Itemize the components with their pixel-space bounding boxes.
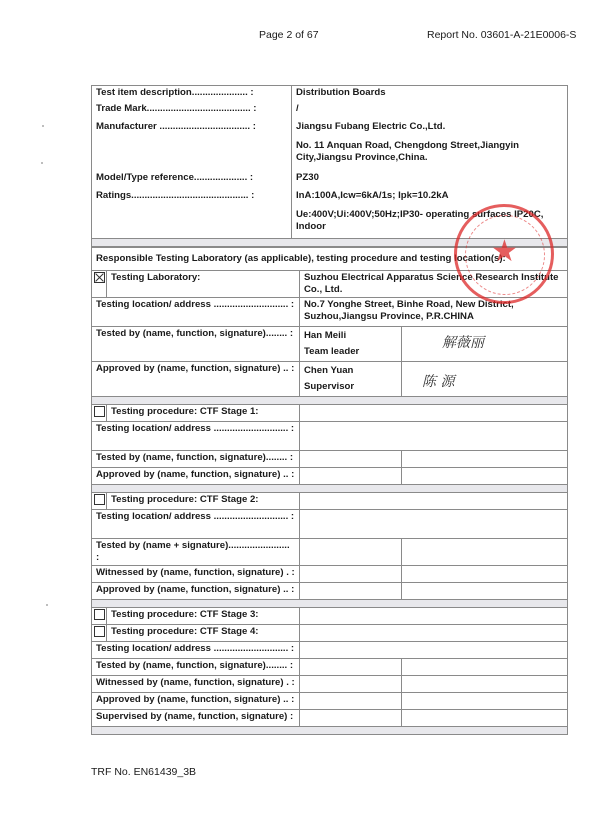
row-testing-location: Testing location/ address ..............… — [92, 298, 568, 327]
approved-by-signature: 陈 源 — [422, 376, 454, 388]
model-label: Model/Type reference....................… — [92, 171, 292, 187]
scan-speck — [41, 162, 43, 164]
row-stage34-approved: Approved by (name, function, signature) … — [92, 693, 568, 710]
stage34-supervised-signature — [402, 710, 568, 727]
trf-number: TRF No. EN61439_3B — [91, 766, 196, 778]
stage2-tested-label: Tested by (name + signature)............… — [92, 539, 300, 566]
tested-by-signature: 解薇丽 — [442, 337, 484, 349]
stage2-tested-name — [300, 539, 402, 566]
row-stage4-title: Testing procedure: CTF Stage 4: — [92, 625, 568, 642]
item-info-table: Test item description...................… — [91, 85, 568, 247]
row-stage1-title: Testing procedure: CTF Stage 1: — [92, 405, 568, 422]
row-ratings-2: Ue:400V;Ui:400V;50Hz;IP30- operating sur… — [92, 205, 568, 239]
stage2-tested-signature — [402, 539, 568, 566]
stage1-approved-signature — [402, 468, 568, 485]
stage1-title: Testing procedure: CTF Stage 1: — [107, 405, 300, 422]
tested-by-function: Team leader — [304, 344, 397, 360]
approved-by-signature-cell: 陈 源 — [402, 362, 568, 397]
row-trade-mark: Trade Mark..............................… — [92, 102, 568, 118]
tested-by-signature-cell: 解薇丽 — [402, 327, 568, 362]
stage2-approved-signature — [402, 583, 568, 600]
approved-by-name: Chen Yuan — [304, 363, 397, 379]
lab-checkbox-checked-icon[interactable] — [94, 272, 105, 283]
stage34-approved-label: Approved by (name, function, signature) … — [92, 693, 300, 710]
stage34-witnessed-signature — [402, 676, 568, 693]
ratings-value-2: Ue:400V;Ui:400V;50Hz;IP30- operating sur… — [292, 205, 568, 239]
location-label: Testing location/ address ..............… — [92, 298, 300, 327]
row-responsible-heading: Responsible Testing Laboratory (as appli… — [92, 248, 568, 271]
test-item-label: Test item description...................… — [92, 86, 292, 103]
manufacturer-address: No. 11 Anquan Road, Chengdong Street,Jia… — [292, 136, 568, 171]
stage4-checkbox-icon[interactable] — [94, 626, 105, 637]
row-tested-by: Tested by (name, function, signature)...… — [92, 327, 568, 362]
row-stage34-supervised: Supervised by (name, function, signature… — [92, 710, 568, 727]
row-stage1-location: Testing location/ address ..............… — [92, 422, 568, 451]
page-number: Page 2 of 67 — [259, 29, 319, 41]
stage34-witnessed-name — [300, 676, 402, 693]
row-stage1-approved: Approved by (name, function, signature) … — [92, 468, 568, 485]
stage34-approved-signature — [402, 693, 568, 710]
row-stage2-tested: Tested by (name + signature)............… — [92, 539, 568, 566]
tested-by-name: Han Meili — [304, 328, 397, 344]
stage1-checkbox-cell[interactable] — [92, 405, 107, 422]
stage2-value — [300, 493, 568, 510]
stage34-supervised-name — [300, 710, 402, 727]
stage34-supervised-label: Supervised by (name, function, signature… — [92, 710, 300, 727]
model-value: PZ30 — [292, 171, 568, 187]
blank-cell — [92, 136, 292, 171]
row-testing-laboratory: Testing Laboratory: Suzhou Electrical Ap… — [92, 271, 568, 298]
report-number: Report No. 03601-A-21E0006-S — [427, 29, 576, 41]
report-form: Test item description...................… — [91, 85, 567, 735]
ratings-label: Ratings.................................… — [92, 187, 292, 205]
stage3-value — [300, 608, 568, 625]
stage1-tested-signature — [402, 451, 568, 468]
stage34-location-label: Testing location/ address ..............… — [92, 642, 300, 659]
stage2-title: Testing procedure: CTF Stage 2: — [107, 493, 300, 510]
manufacturer-label: Manufacturer ...........................… — [92, 118, 292, 136]
separator — [92, 727, 568, 735]
stage1-checkbox-icon[interactable] — [94, 406, 105, 417]
stage1-value — [300, 405, 568, 422]
stage2-approved-label: Approved by (name, function, signature) … — [92, 583, 300, 600]
trade-mark-value: / — [292, 102, 568, 118]
separator — [92, 600, 568, 608]
tested-by-label: Tested by (name, function, signature)...… — [92, 327, 300, 362]
row-test-item: Test item description...................… — [92, 86, 568, 103]
stage34-witnessed-label: Witnessed by (name, function, signature)… — [92, 676, 300, 693]
stage1-tested-name — [300, 451, 402, 468]
stage2-witnessed-label: Witnessed by (name, function, signature)… — [92, 566, 300, 583]
responsible-heading: Responsible Testing Laboratory (as appli… — [92, 248, 568, 271]
lab-label: Testing Laboratory: — [107, 271, 300, 298]
row-stage34-tested: Tested by (name, function, signature)...… — [92, 659, 568, 676]
stage2-witnessed-signature — [402, 566, 568, 583]
row-stage1-tested: Tested by (name, function, signature)...… — [92, 451, 568, 468]
row-ratings: Ratings.................................… — [92, 187, 568, 205]
row-model: Model/Type reference....................… — [92, 171, 568, 187]
row-manufacturer-address: No. 11 Anquan Road, Chengdong Street,Jia… — [92, 136, 568, 171]
tested-by-info: Han Meili Team leader — [300, 327, 402, 362]
stage4-checkbox-cell[interactable] — [92, 625, 107, 642]
stage34-tested-signature — [402, 659, 568, 676]
scan-speck — [46, 604, 48, 606]
stage2-checkbox-icon[interactable] — [94, 494, 105, 505]
lab-checkbox-cell[interactable] — [92, 271, 107, 298]
trade-mark-label: Trade Mark..............................… — [92, 102, 292, 118]
stage34-location-value — [300, 642, 568, 659]
stage3-title: Testing procedure: CTF Stage 3: — [107, 608, 300, 625]
stage4-title: Testing procedure: CTF Stage 4: — [107, 625, 300, 642]
row-stage34-witnessed: Witnessed by (name, function, signature)… — [92, 676, 568, 693]
stage2-location-value — [300, 510, 568, 539]
stage1-approved-label: Approved by (name, function, signature) … — [92, 468, 300, 485]
row-approved-by: Approved by (name, function, signature) … — [92, 362, 568, 397]
stage2-approved-name — [300, 583, 402, 600]
scan-speck — [42, 125, 44, 127]
row-stage2-witnessed: Witnessed by (name, function, signature)… — [92, 566, 568, 583]
row-stage2-approved: Approved by (name, function, signature) … — [92, 583, 568, 600]
responsible-lab-table: Responsible Testing Laboratory (as appli… — [91, 247, 568, 735]
separator — [92, 397, 568, 405]
row-stage2-location: Testing location/ address ..............… — [92, 510, 568, 539]
ratings-value-1: InA:100A,Icw=6kA/1s; Ipk=10.2kA — [292, 187, 568, 205]
lab-value: Suzhou Electrical Apparatus Science Rese… — [300, 271, 568, 298]
stage2-checkbox-cell[interactable] — [92, 493, 107, 510]
stage2-witnessed-name — [300, 566, 402, 583]
stage1-tested-label: Tested by (name, function, signature)...… — [92, 451, 300, 468]
approved-by-function: Supervisor — [304, 379, 397, 395]
row-stage3-title: Testing procedure: CTF Stage 3: — [92, 608, 568, 625]
stage34-tested-name — [300, 659, 402, 676]
stage3-checkbox-cell[interactable] — [92, 608, 107, 625]
stage1-approved-name — [300, 468, 402, 485]
stage2-location-label: Testing location/ address ..............… — [92, 510, 300, 539]
page-header: Page 2 of 67 Report No. 03601-A-21E0006-… — [0, 29, 600, 43]
separator — [92, 485, 568, 493]
manufacturer-value: Jiangsu Fubang Electric Co.,Ltd. — [292, 118, 568, 136]
approved-by-label: Approved by (name, function, signature) … — [92, 362, 300, 397]
stage34-approved-name — [300, 693, 402, 710]
separator — [92, 239, 568, 247]
stage1-location-label: Testing location/ address ..............… — [92, 422, 300, 451]
stage1-location-value — [300, 422, 568, 451]
row-stage2-title: Testing procedure: CTF Stage 2: — [92, 493, 568, 510]
location-value: No.7 Yonghe Street, Binhe Road, New Dist… — [300, 298, 568, 327]
blank-cell — [92, 205, 292, 239]
approved-by-info: Chen Yuan Supervisor — [300, 362, 402, 397]
stage4-value — [300, 625, 568, 642]
row-stage34-location: Testing location/ address ..............… — [92, 642, 568, 659]
row-manufacturer: Manufacturer ...........................… — [92, 118, 568, 136]
stage3-checkbox-icon[interactable] — [94, 609, 105, 620]
stage34-tested-label: Tested by (name, function, signature)...… — [92, 659, 300, 676]
test-item-value: Distribution Boards — [292, 86, 568, 103]
